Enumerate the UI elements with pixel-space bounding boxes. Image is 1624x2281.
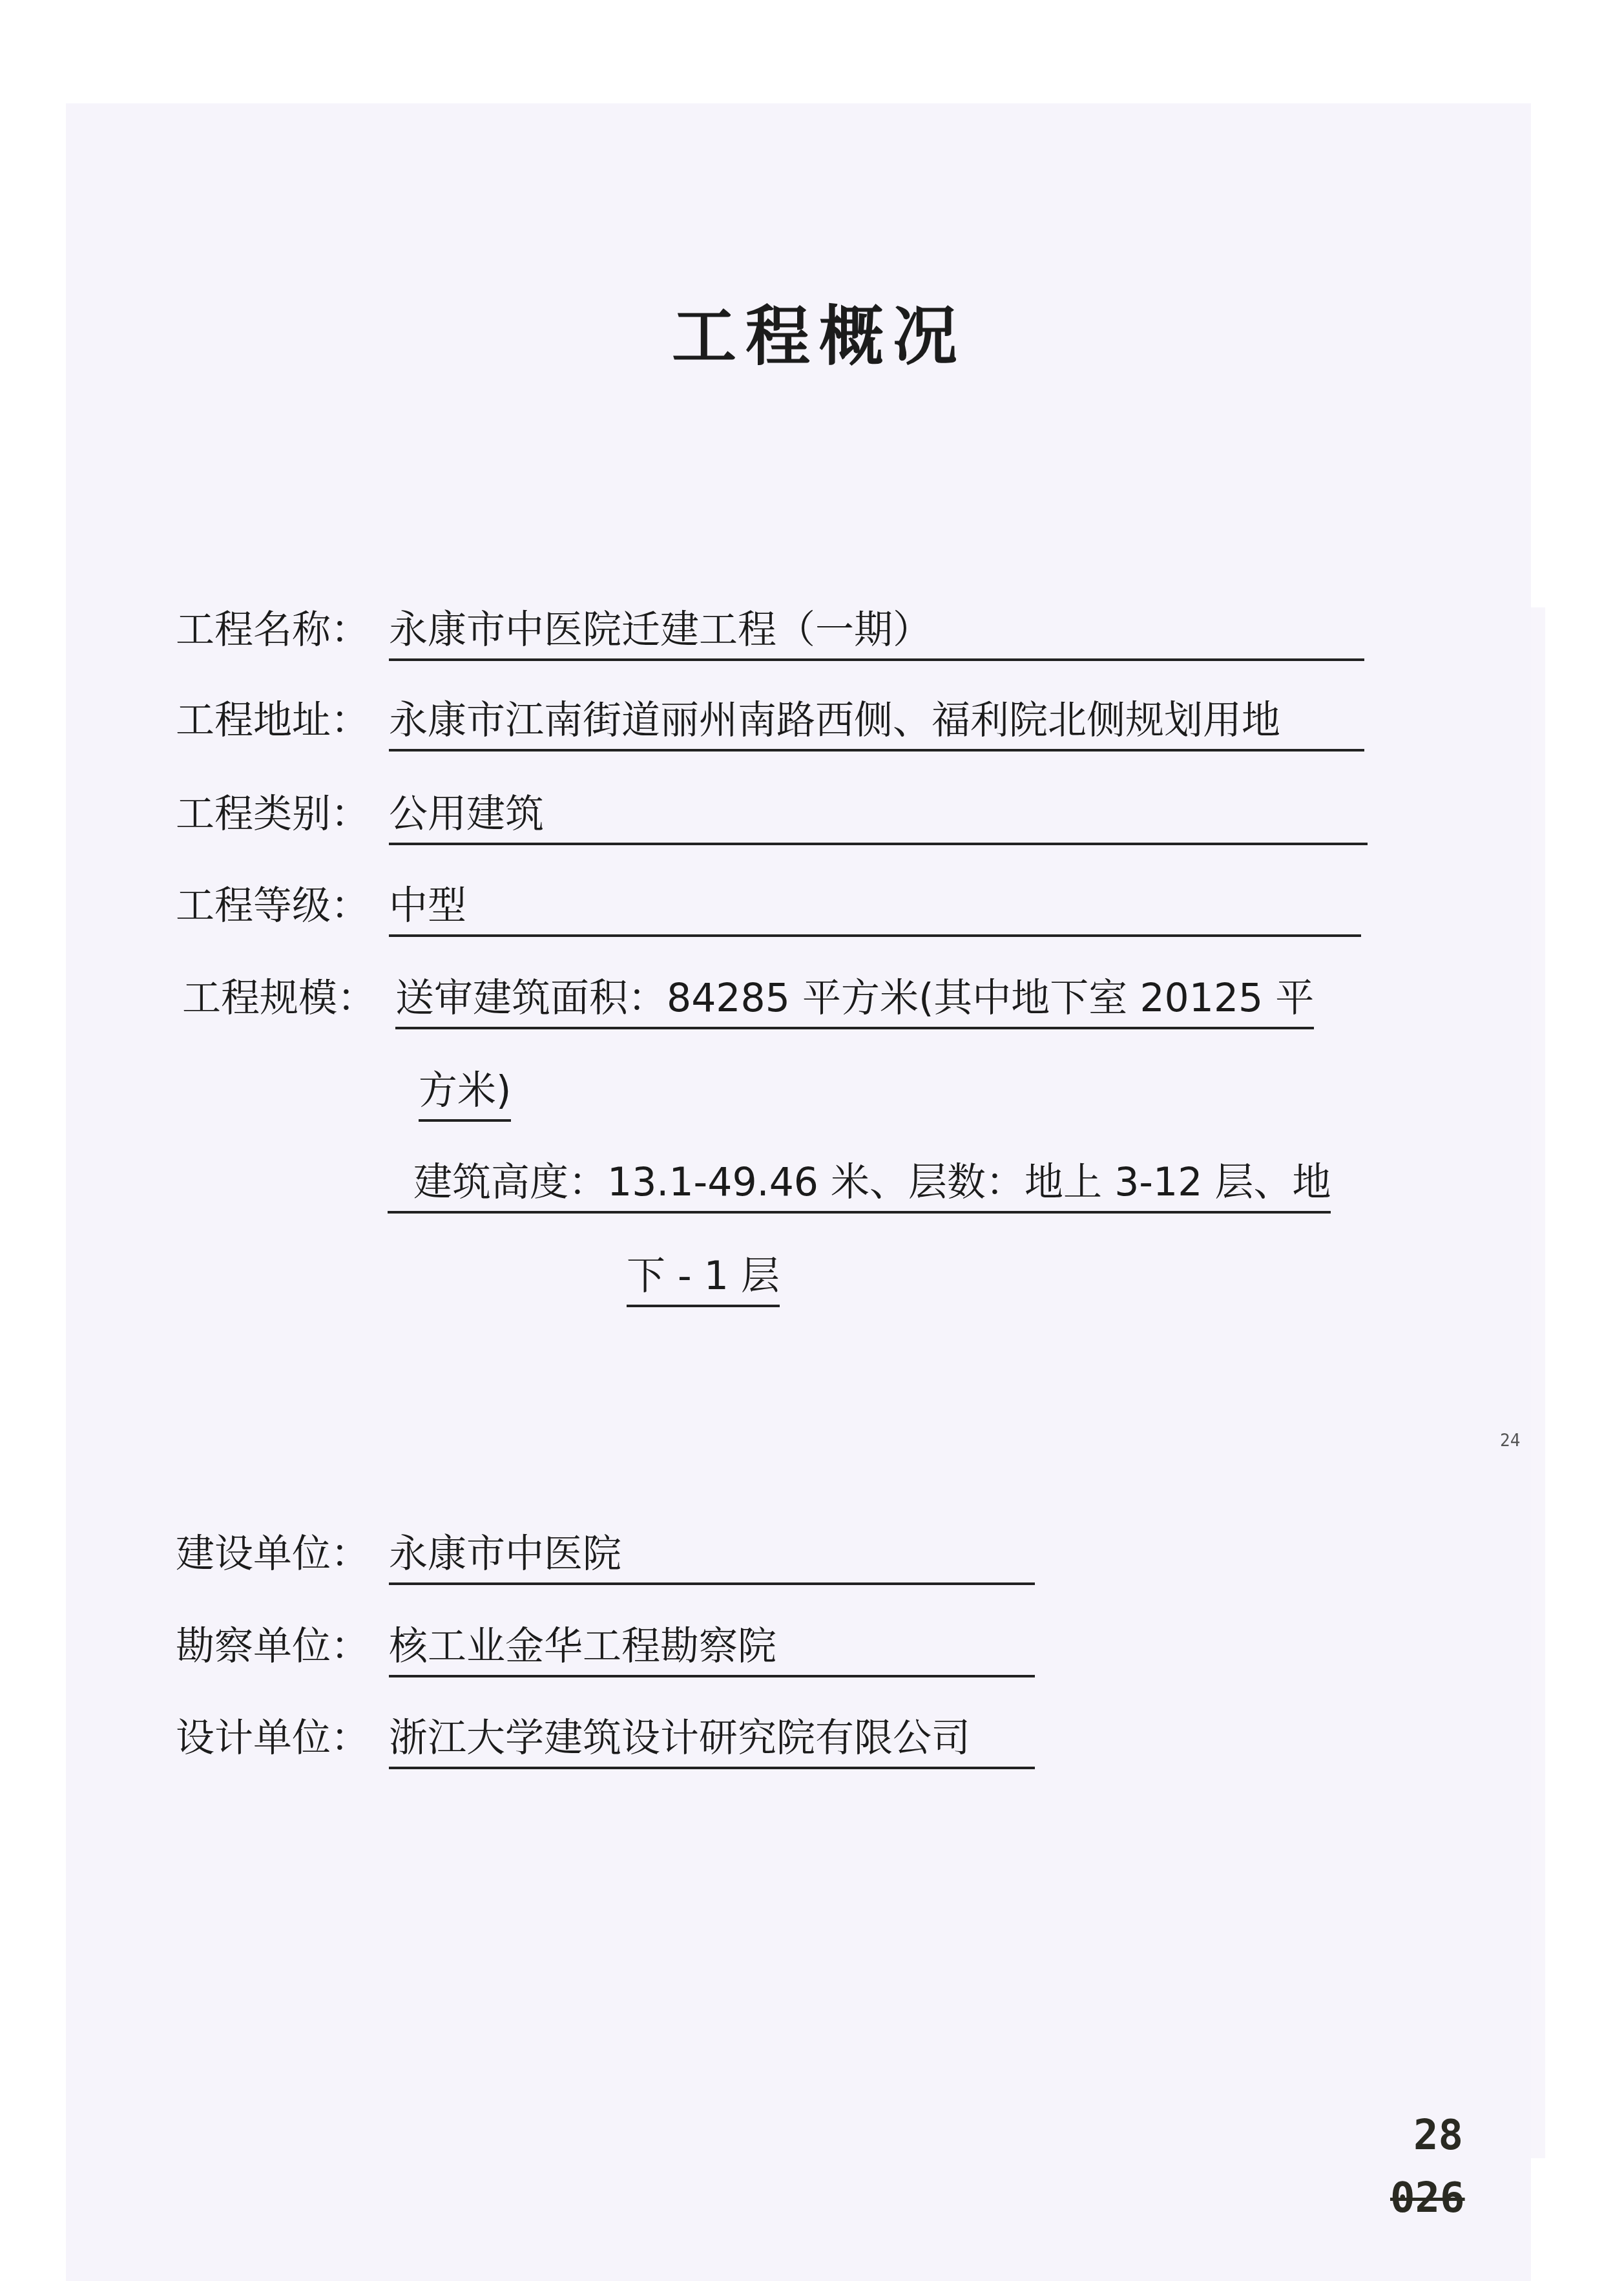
field-value-underlined: 永康市中医院迁建工程（一期）	[389, 604, 1364, 661]
field-value-line-1: 送审建筑面积：84285 平方米(其中地下室 20125 平	[395, 976, 1314, 1021]
field-value: 公用建筑	[389, 792, 544, 837]
field-value-line-2: 方米)	[419, 1068, 511, 1113]
field-value-line-3: 建筑高度：13.1-49.46 米、层数：地上 3-12 层、地	[413, 1160, 1331, 1205]
field-value-underlined: 永康市江南街道丽州南路西侧、福利院北侧规划用地	[389, 695, 1364, 752]
unit-construction: 建设单位： 永康市中医院	[176, 1528, 370, 1580]
field-project-address: 工程地址： 永康市江南街道丽州南路西侧、福利院北侧规划用地	[176, 695, 370, 746]
edge-stamp-mark: 24	[1500, 1431, 1520, 1451]
field-label: 工程地址：	[176, 695, 370, 746]
unit-value: 核工业金华工程勘察院	[389, 1624, 776, 1669]
field-value-line-4: 下 - 1 层	[627, 1254, 780, 1299]
field-value-underlined: 公用建筑	[389, 788, 1368, 845]
page-number: 28	[1413, 2112, 1463, 2160]
unit-survey: 勘察单位： 核工业金华工程勘察院	[176, 1621, 370, 1672]
field-label: 工程规模：	[182, 972, 376, 1024]
field-value: 永康市中医院迁建工程（一期）	[389, 607, 932, 653]
field-value-underlined: 建筑高度：13.1-49.46 米、层数：地上 3-12 层、地	[388, 1157, 1331, 1214]
page-edge-strip	[1531, 607, 1545, 2158]
unit-label: 勘察单位：	[176, 1621, 370, 1672]
field-project-grade: 工程等级： 中型	[176, 880, 370, 932]
field-project-scale: 工程规模： 送审建筑面积：84285 平方米(其中地下室 20125 平	[182, 972, 376, 1024]
field-value: 永康市江南街道丽州南路西侧、福利院北侧规划用地	[389, 698, 1280, 743]
unit-value: 永康市中医院	[389, 1531, 621, 1577]
field-label: 工程类别：	[176, 788, 370, 840]
field-value-underlined: 送审建筑面积：84285 平方米(其中地下室 20125 平	[395, 972, 1314, 1029]
field-project-category: 工程类别： 公用建筑	[176, 788, 370, 840]
field-value-underlined: 中型	[389, 880, 1361, 937]
field-value-underlined: 下 - 1 层	[627, 1250, 780, 1307]
unit-label: 设计单位：	[176, 1712, 370, 1764]
page-title: 工程概况	[672, 284, 966, 377]
field-label: 工程等级：	[176, 880, 370, 932]
unit-label: 建设单位：	[176, 1528, 370, 1580]
field-label: 工程名称：	[176, 604, 370, 656]
unit-value-underlined: 浙江大学建筑设计研究院有限公司	[389, 1712, 1035, 1769]
unit-value-underlined: 永康市中医院	[389, 1528, 1035, 1585]
field-project-name: 工程名称： 永康市中医院迁建工程（一期）	[176, 604, 370, 656]
field-value: 中型	[389, 883, 466, 929]
unit-design: 设计单位： 浙江大学建筑设计研究院有限公司	[176, 1712, 370, 1764]
unit-value-underlined: 核工业金华工程勘察院	[389, 1621, 1035, 1677]
field-value-underlined: 方米)	[419, 1065, 511, 1122]
old-page-number-struck: 026	[1390, 2174, 1465, 2222]
unit-value: 浙江大学建筑设计研究院有限公司	[389, 1716, 970, 1761]
